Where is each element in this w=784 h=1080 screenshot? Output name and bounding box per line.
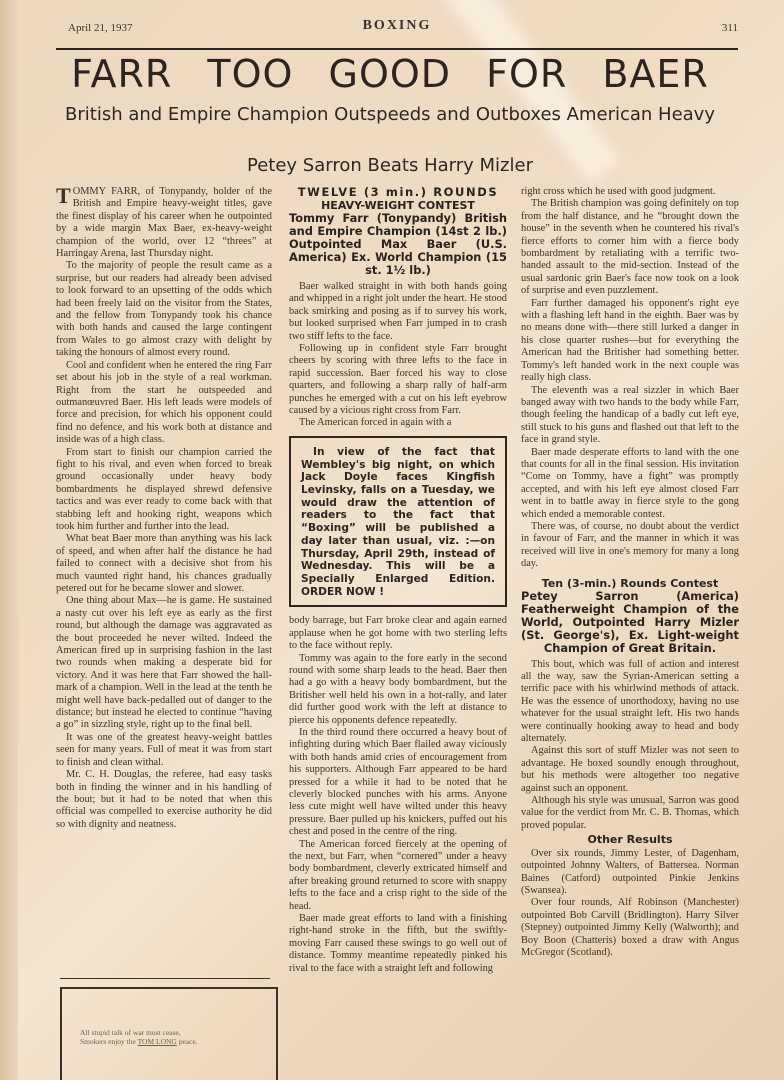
newspaper-page: April 21, 1937 BOXING 311 FARR TOO GOOD … (0, 0, 784, 1080)
paragraph: From start to finish our champion carrie… (56, 447, 272, 534)
paragraph: Against this sort of stuff Mizler was no… (521, 745, 739, 795)
result-paragraph: Over four rounds, Alf Robinson (Manchest… (521, 897, 739, 959)
paragraph: In the third round there occurred a heav… (289, 727, 507, 839)
page-number: 311 (722, 22, 738, 34)
lead-paragraph: TOMMY FARR, of Tonypandy, holder of the … (56, 186, 272, 260)
publication-notice-box: In view of the fact that Wembley's big n… (289, 436, 507, 607)
publication-name: BOXING (56, 18, 738, 34)
paragraph: It was one of the greatest heavy-weight … (56, 732, 272, 769)
column-1: TOMMY FARR, of Tonypandy, holder of the … (56, 186, 272, 831)
column-3: right cross which he used with good judg… (521, 186, 739, 959)
paragraph: Farr further damaged his opponent's righ… (521, 298, 739, 385)
headline: FARR TOO GOOD FOR BAER (40, 52, 740, 96)
page-edge (0, 0, 18, 1080)
advert-box: All stupid talk of war must cease, Smoke… (60, 987, 278, 1080)
paragraph: The eleventh was a real sizzler in which… (521, 385, 739, 447)
paragraph: There was, of course, no doubt about the… (521, 521, 739, 571)
paragraph: Mr. C. H. Douglas, the referee, had easy… (56, 769, 272, 831)
paragraph: Baer made desperate efforts to land with… (521, 447, 739, 521)
drop-cap: T (56, 186, 71, 206)
bout-heading: TWELVE (3 min.) ROUNDS (289, 186, 507, 199)
page-header: April 21, 1937 BOXING 311 (56, 12, 738, 36)
result-paragraph: Over six rounds, Jimmy Lester, of Dagenh… (521, 848, 739, 898)
paragraph: body barrage, but Farr broke clear and a… (289, 615, 507, 652)
advert-brand: TOM LONG (138, 1037, 177, 1046)
advert-text: All stupid talk of war must cease, Smoke… (80, 1029, 198, 1046)
subheadline: British and Empire Champion Outspeeds an… (40, 104, 740, 126)
paragraph: One thing about Max—he is game. He susta… (56, 595, 272, 731)
bout2-heading: Ten (3-min.) Rounds Contest (521, 577, 739, 590)
paragraph: Although his style was unusual, Sarron w… (521, 795, 739, 832)
paragraph: Following up in confident style Farr bro… (289, 343, 507, 417)
paragraph: Baer made great efforts to land with a f… (289, 913, 507, 975)
other-results-heading: Other Results (521, 834, 739, 846)
bout-result: Tommy Farr (Tonypandy) British and Empir… (289, 212, 507, 277)
paragraph: Baer walked straight in with both hands … (289, 281, 507, 343)
bout2-result: Petey Sarron (America) Featherweight Cha… (521, 590, 739, 655)
paragraph: This bout, which was full of action and … (521, 659, 739, 746)
paragraph: The American forced in again with a (289, 417, 507, 429)
paragraph: Tommy was again to the fore early in the… (289, 653, 507, 727)
header-rule (56, 48, 738, 50)
paragraph: Cool and confident when he entered the r… (56, 360, 272, 447)
advert-divider (60, 978, 270, 979)
subheadline-secondary: Petey Sarron Beats Harry Mizler (40, 155, 740, 176)
paragraph: right cross which he used with good judg… (521, 186, 739, 198)
column-2: TWELVE (3 min.) ROUNDS HEAVY-WEIGHT CONT… (289, 186, 507, 975)
paragraph: The British champion was going definitel… (521, 198, 739, 297)
paragraph: To the majority of people the result cam… (56, 260, 272, 359)
paragraph: The American forced fiercely at the open… (289, 839, 507, 913)
paragraph: What beat Baer more than anything was hi… (56, 533, 272, 595)
